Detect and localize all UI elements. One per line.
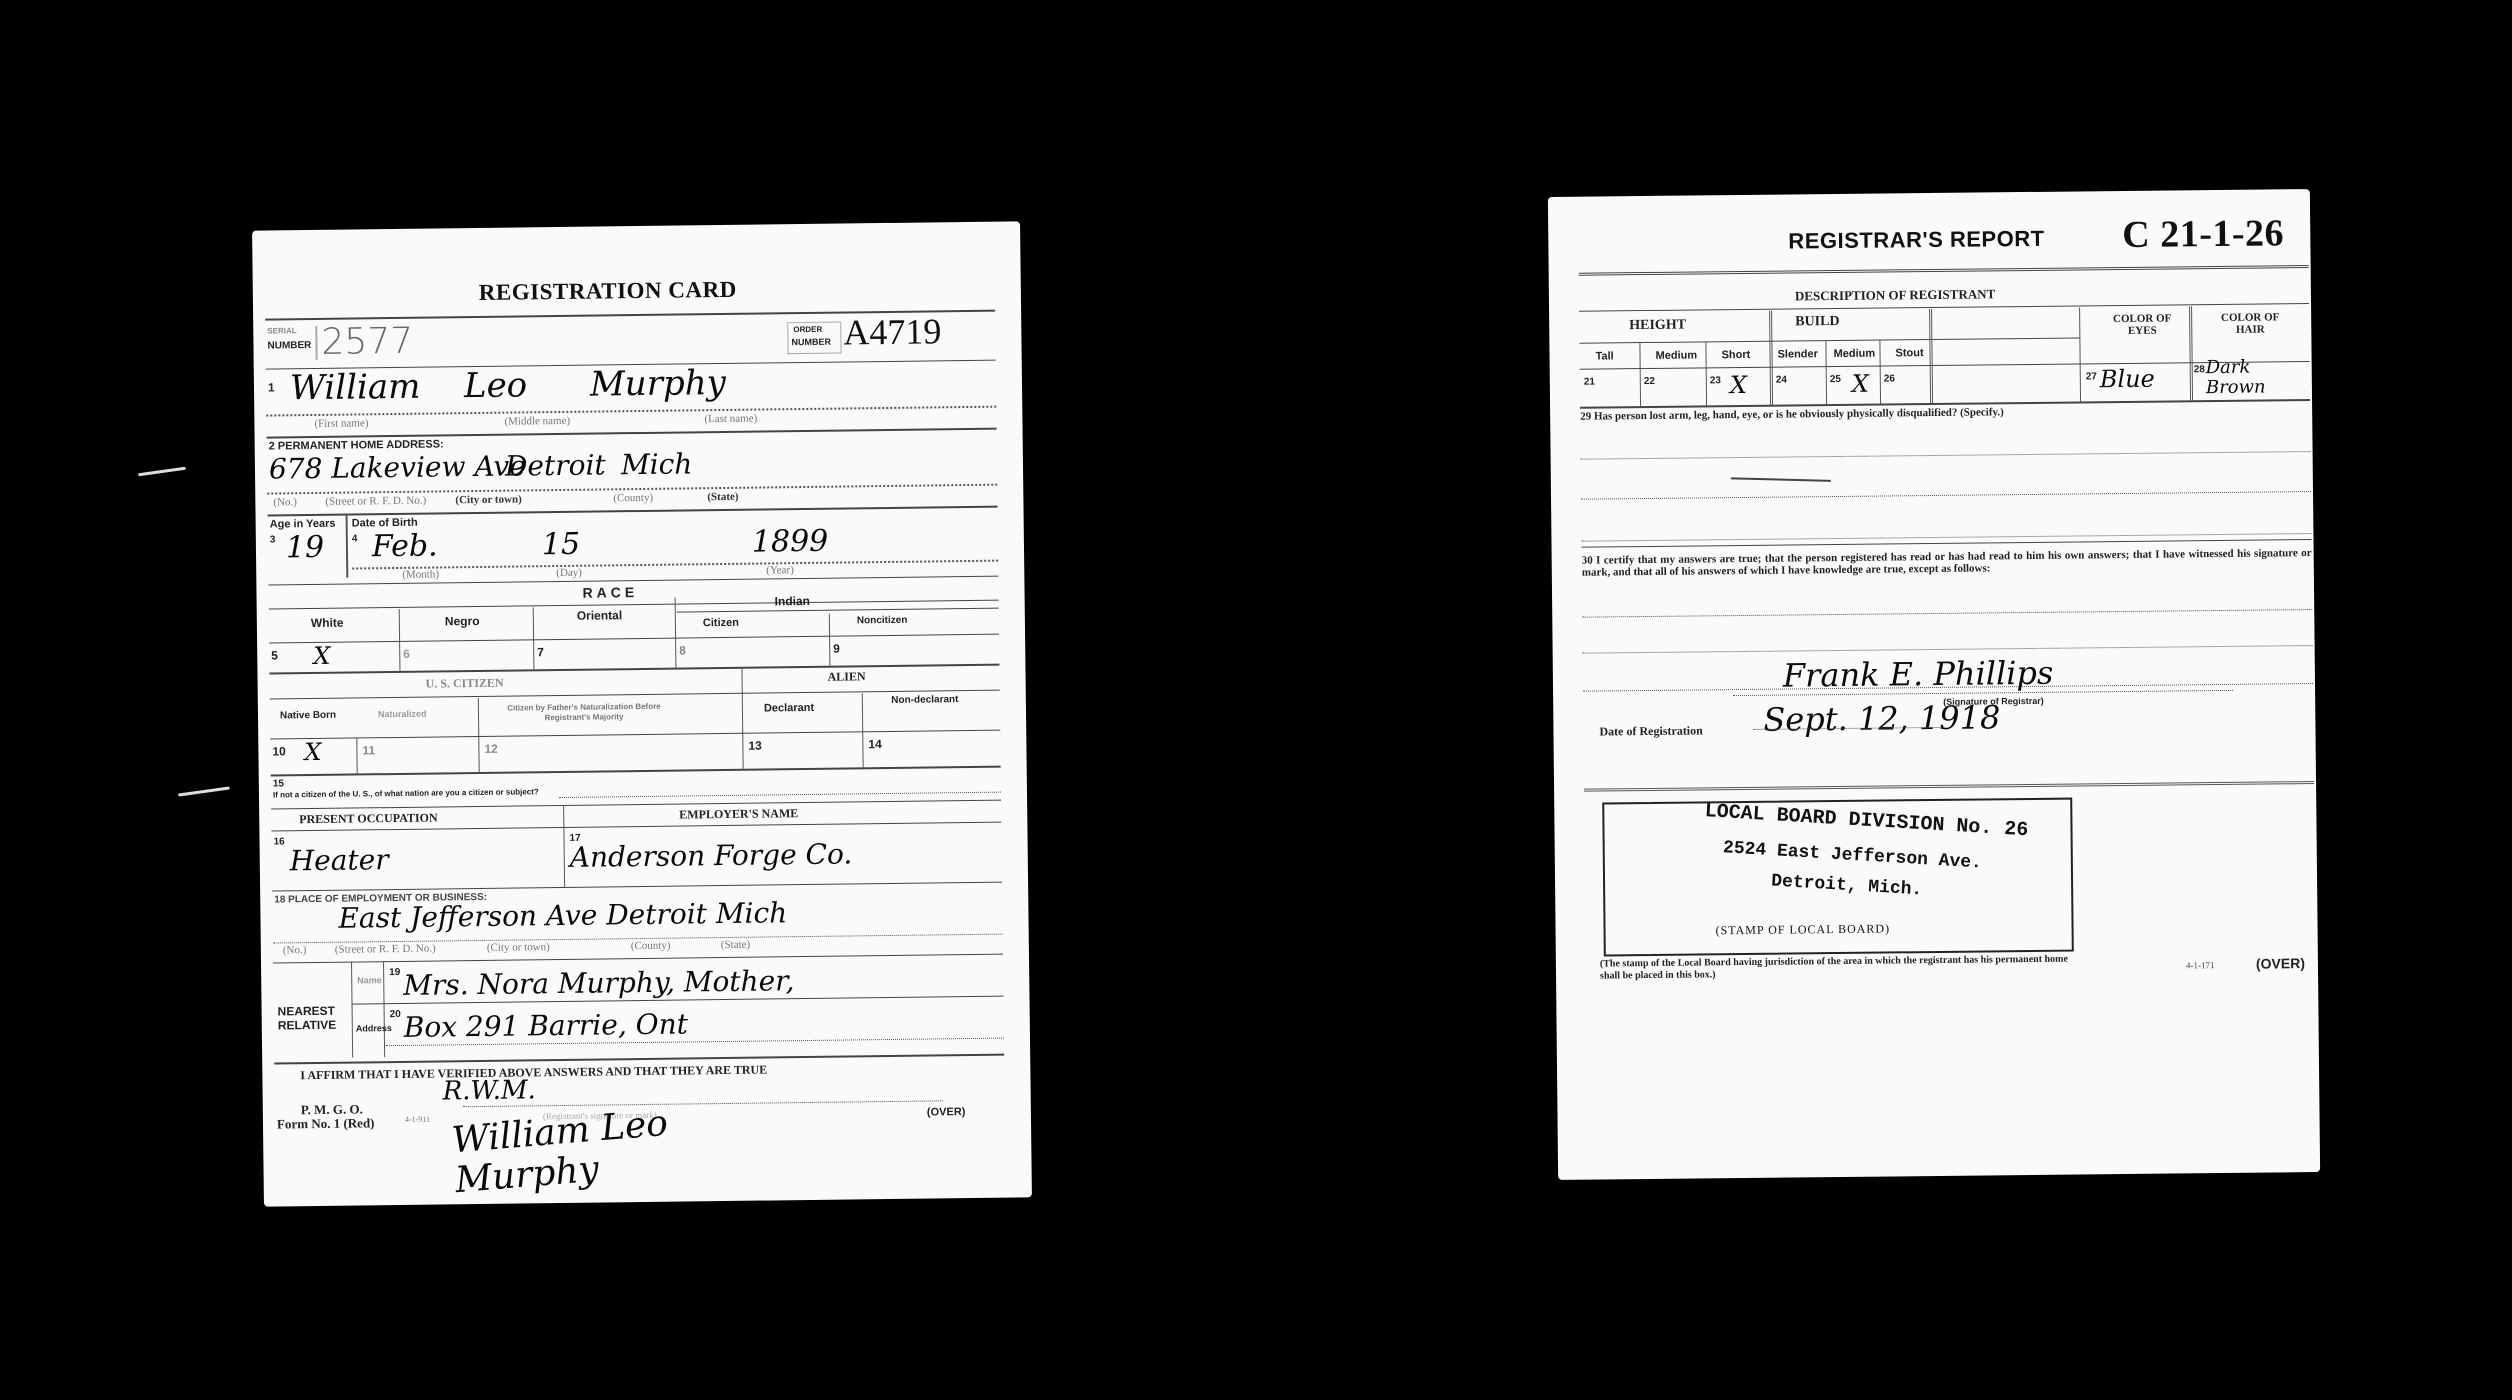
relative-name-number: 19 [389, 967, 400, 978]
build-medium-label: Medium [1833, 348, 1875, 360]
citizen-by-father-number: 12 [484, 742, 498, 756]
order-label-top: ORDER [793, 325, 822, 334]
order-number: A4719 [843, 310, 942, 353]
citizen-by-father-label: Citizen by Father's Naturalization Befor… [484, 701, 684, 723]
stamp-line3: Detroit, Mich. [1771, 871, 1923, 900]
build-stout-label: Stout [1895, 347, 1923, 359]
race-indian-citizen-number: 8 [679, 643, 686, 657]
race-title: RACE [582, 584, 638, 601]
dob-year-label: (Year) [766, 564, 794, 576]
dob-day-label: (Day) [556, 567, 582, 579]
hair-label: COLOR OF HAIR [2215, 311, 2285, 336]
race-oriental-label: Oriental [577, 608, 623, 623]
race-indian-label: Indian [775, 594, 811, 608]
race-oriental-number: 7 [537, 645, 544, 659]
field-15-label: If not a citizen of the U. S., of what n… [273, 787, 539, 799]
non-declarant-number: 14 [868, 737, 882, 751]
address-county-label: (County) [613, 492, 653, 504]
slender-number: 24 [1776, 375, 1787, 386]
dob-label: Date of Birth [352, 517, 418, 530]
address-street: 678 Lakeview Ave [269, 449, 526, 485]
place-street-label: (Street or R. F. D. No.) [335, 943, 436, 956]
dob-year: 1899 [752, 524, 829, 560]
race-negro-label: Negro [445, 614, 480, 628]
nearest-relative-label: NEAREST RELATIVE [278, 1004, 338, 1033]
alien-title: ALIEN [827, 669, 865, 684]
hair-color-value: Dark Brown [2206, 357, 2296, 398]
middle-name: Leo [464, 365, 528, 406]
employer-value: Anderson Forge Co. [570, 837, 853, 873]
place-city-label: (City or town) [487, 941, 550, 954]
stout-number: 26 [1884, 373, 1895, 384]
address-street-label: (Street or R. F. D. No.) [325, 495, 426, 508]
us-citizen-title: U. S. CITIZEN [426, 676, 504, 692]
age-field-number: 3 [270, 534, 276, 545]
report-title: REGISTRAR'S REPORT [1788, 226, 2045, 255]
build-medium-mark: X [1852, 370, 1869, 398]
native-born-label: Native Born [280, 710, 336, 722]
race-indian-noncitizen-label: Noncitizen [857, 615, 908, 627]
race-indian-noncitizen-number: 9 [833, 642, 840, 656]
registration-date: Sept. 12, 1918 [1763, 698, 2000, 738]
registration-card: REGISTRATION CARD SERIAL NUMBER 2577 ORD… [252, 221, 1032, 1206]
last-name: Murphy [590, 363, 726, 405]
print-code: 4-1-911 [405, 1115, 430, 1124]
address-state-label: (State) [707, 491, 738, 503]
eye-color-value: Blue [2100, 365, 2155, 394]
field-1-number: 1 [268, 380, 275, 394]
non-declarant-label: Non-declarant [890, 694, 960, 706]
address-state: Mich [621, 447, 693, 481]
form-id-line2: Form No. 1 (Red) [277, 1115, 375, 1132]
naturalized-number: 11 [362, 743, 375, 757]
address-city: Detroit [505, 448, 606, 482]
registrar-signature: Frank E. Phillips [1783, 654, 2054, 695]
dob-month-label: (Month) [402, 568, 439, 580]
description-title: DESCRIPTION OF REGISTRANT [1795, 286, 1996, 304]
last-name-label: (Last name) [704, 413, 757, 426]
relative-address-label: Address [356, 1023, 392, 1033]
question-30: 30 I certify that my answers are true; t… [1582, 547, 2312, 579]
height-short-label: Short [1721, 349, 1750, 361]
serial-label: NUMBER [267, 340, 311, 352]
order-label: NUMBER [791, 337, 831, 347]
height-medium-label: Medium [1655, 349, 1697, 361]
race-white-mark: X [313, 642, 330, 670]
native-born-number: 10 [272, 744, 286, 758]
build-slender-label: Slender [1777, 348, 1817, 360]
serial-label-top: SERIAL [267, 326, 296, 335]
occupation-value: Heater [290, 843, 389, 877]
height-medium-number: 22 [1644, 376, 1655, 387]
report-print-code: 4-1-171 [2186, 960, 2215, 970]
stamp-line1: LOCAL BOARD DIVISION No. 26 [1704, 800, 2029, 842]
naturalized-label: Naturalized [378, 709, 427, 720]
build-label: BUILD [1795, 314, 1840, 330]
race-white-number: 5 [271, 648, 278, 662]
place-value: East Jefferson Ave Detroit Mich [338, 896, 787, 934]
race-negro-number: 6 [403, 647, 410, 661]
relative-address-number: 20 [390, 1009, 401, 1020]
report-over-label: (OVER) [2256, 955, 2305, 972]
relative-name-value: Mrs. Nora Murphy, Mother, [403, 964, 794, 1002]
short-number: 23 [1710, 375, 1721, 386]
occupation-number: 16 [273, 836, 284, 847]
address-no-label: (No.) [273, 496, 297, 508]
eye-color-number: 27 [2086, 371, 2097, 382]
scan-artifact [178, 786, 230, 796]
date-label: Date of Registration [1599, 723, 1702, 739]
occupation-label: PRESENT OCCUPATION [299, 811, 438, 828]
field-15-number: 15 [273, 778, 284, 789]
first-name: William [290, 367, 421, 409]
race-white-label: White [311, 616, 344, 630]
stamp-line2: 2524 East Jefferson Ave. [1722, 838, 1982, 873]
report-code: C 21-1-26 [2122, 211, 2284, 257]
hair-color-number: 28 [2194, 364, 2205, 375]
relative-name-label: Name [357, 975, 382, 985]
place-no-label: (No.) [283, 944, 307, 956]
local-board-stamp: LOCAL BOARD DIVISION No. 26 2524 East Je… [1602, 798, 2074, 957]
dob-field-number: 4 [352, 533, 358, 544]
registrars-report-card: REGISTRAR'S REPORT C 21-1-26 DESCRIPTION… [1548, 189, 2320, 1180]
tall-number: 21 [1584, 377, 1595, 388]
short-mark: X [1730, 371, 1747, 399]
age-value: 19 [286, 530, 325, 565]
dob-month: Feb. [372, 528, 438, 564]
place-state-label: (State) [721, 939, 750, 951]
race-indian-citizen-label: Citizen [703, 617, 739, 629]
height-tall-label: Tall [1595, 350, 1613, 362]
declarant-label: Declarant [764, 702, 814, 715]
registrant-signature: William Leo Murphy [450, 1100, 716, 1201]
relative-address-value: Box 291 Barrie, Ont [404, 1007, 688, 1043]
height-label: HEIGHT [1629, 318, 1686, 335]
declarant-number: 13 [748, 739, 762, 753]
age-label: Age in Years [270, 518, 336, 531]
place-county-label: (County) [631, 940, 671, 952]
over-label: (OVER) [927, 1106, 966, 1118]
middle-name-label: (Middle name) [504, 415, 570, 428]
stamp-caption: (STAMP OF LOCAL BOARD) [1715, 921, 1890, 938]
native-born-mark: X [304, 738, 321, 766]
employer-label: EMPLOYER'S NAME [679, 806, 798, 822]
address-city-label: (City or town) [455, 493, 522, 506]
card-title: REGISTRATION CARD [479, 277, 737, 306]
eyes-label: COLOR OF EYES [2107, 312, 2177, 337]
scan-artifact [138, 467, 186, 477]
stamp-note: (The stamp of the Local Board having jur… [1600, 953, 2080, 982]
serial-number: 2577 [321, 321, 413, 363]
first-name-label: (First name) [314, 417, 368, 430]
dob-day: 15 [542, 527, 581, 562]
registrar-initials: R.W.M. [442, 1075, 536, 1106]
build-medium-number: 25 [1830, 374, 1841, 385]
